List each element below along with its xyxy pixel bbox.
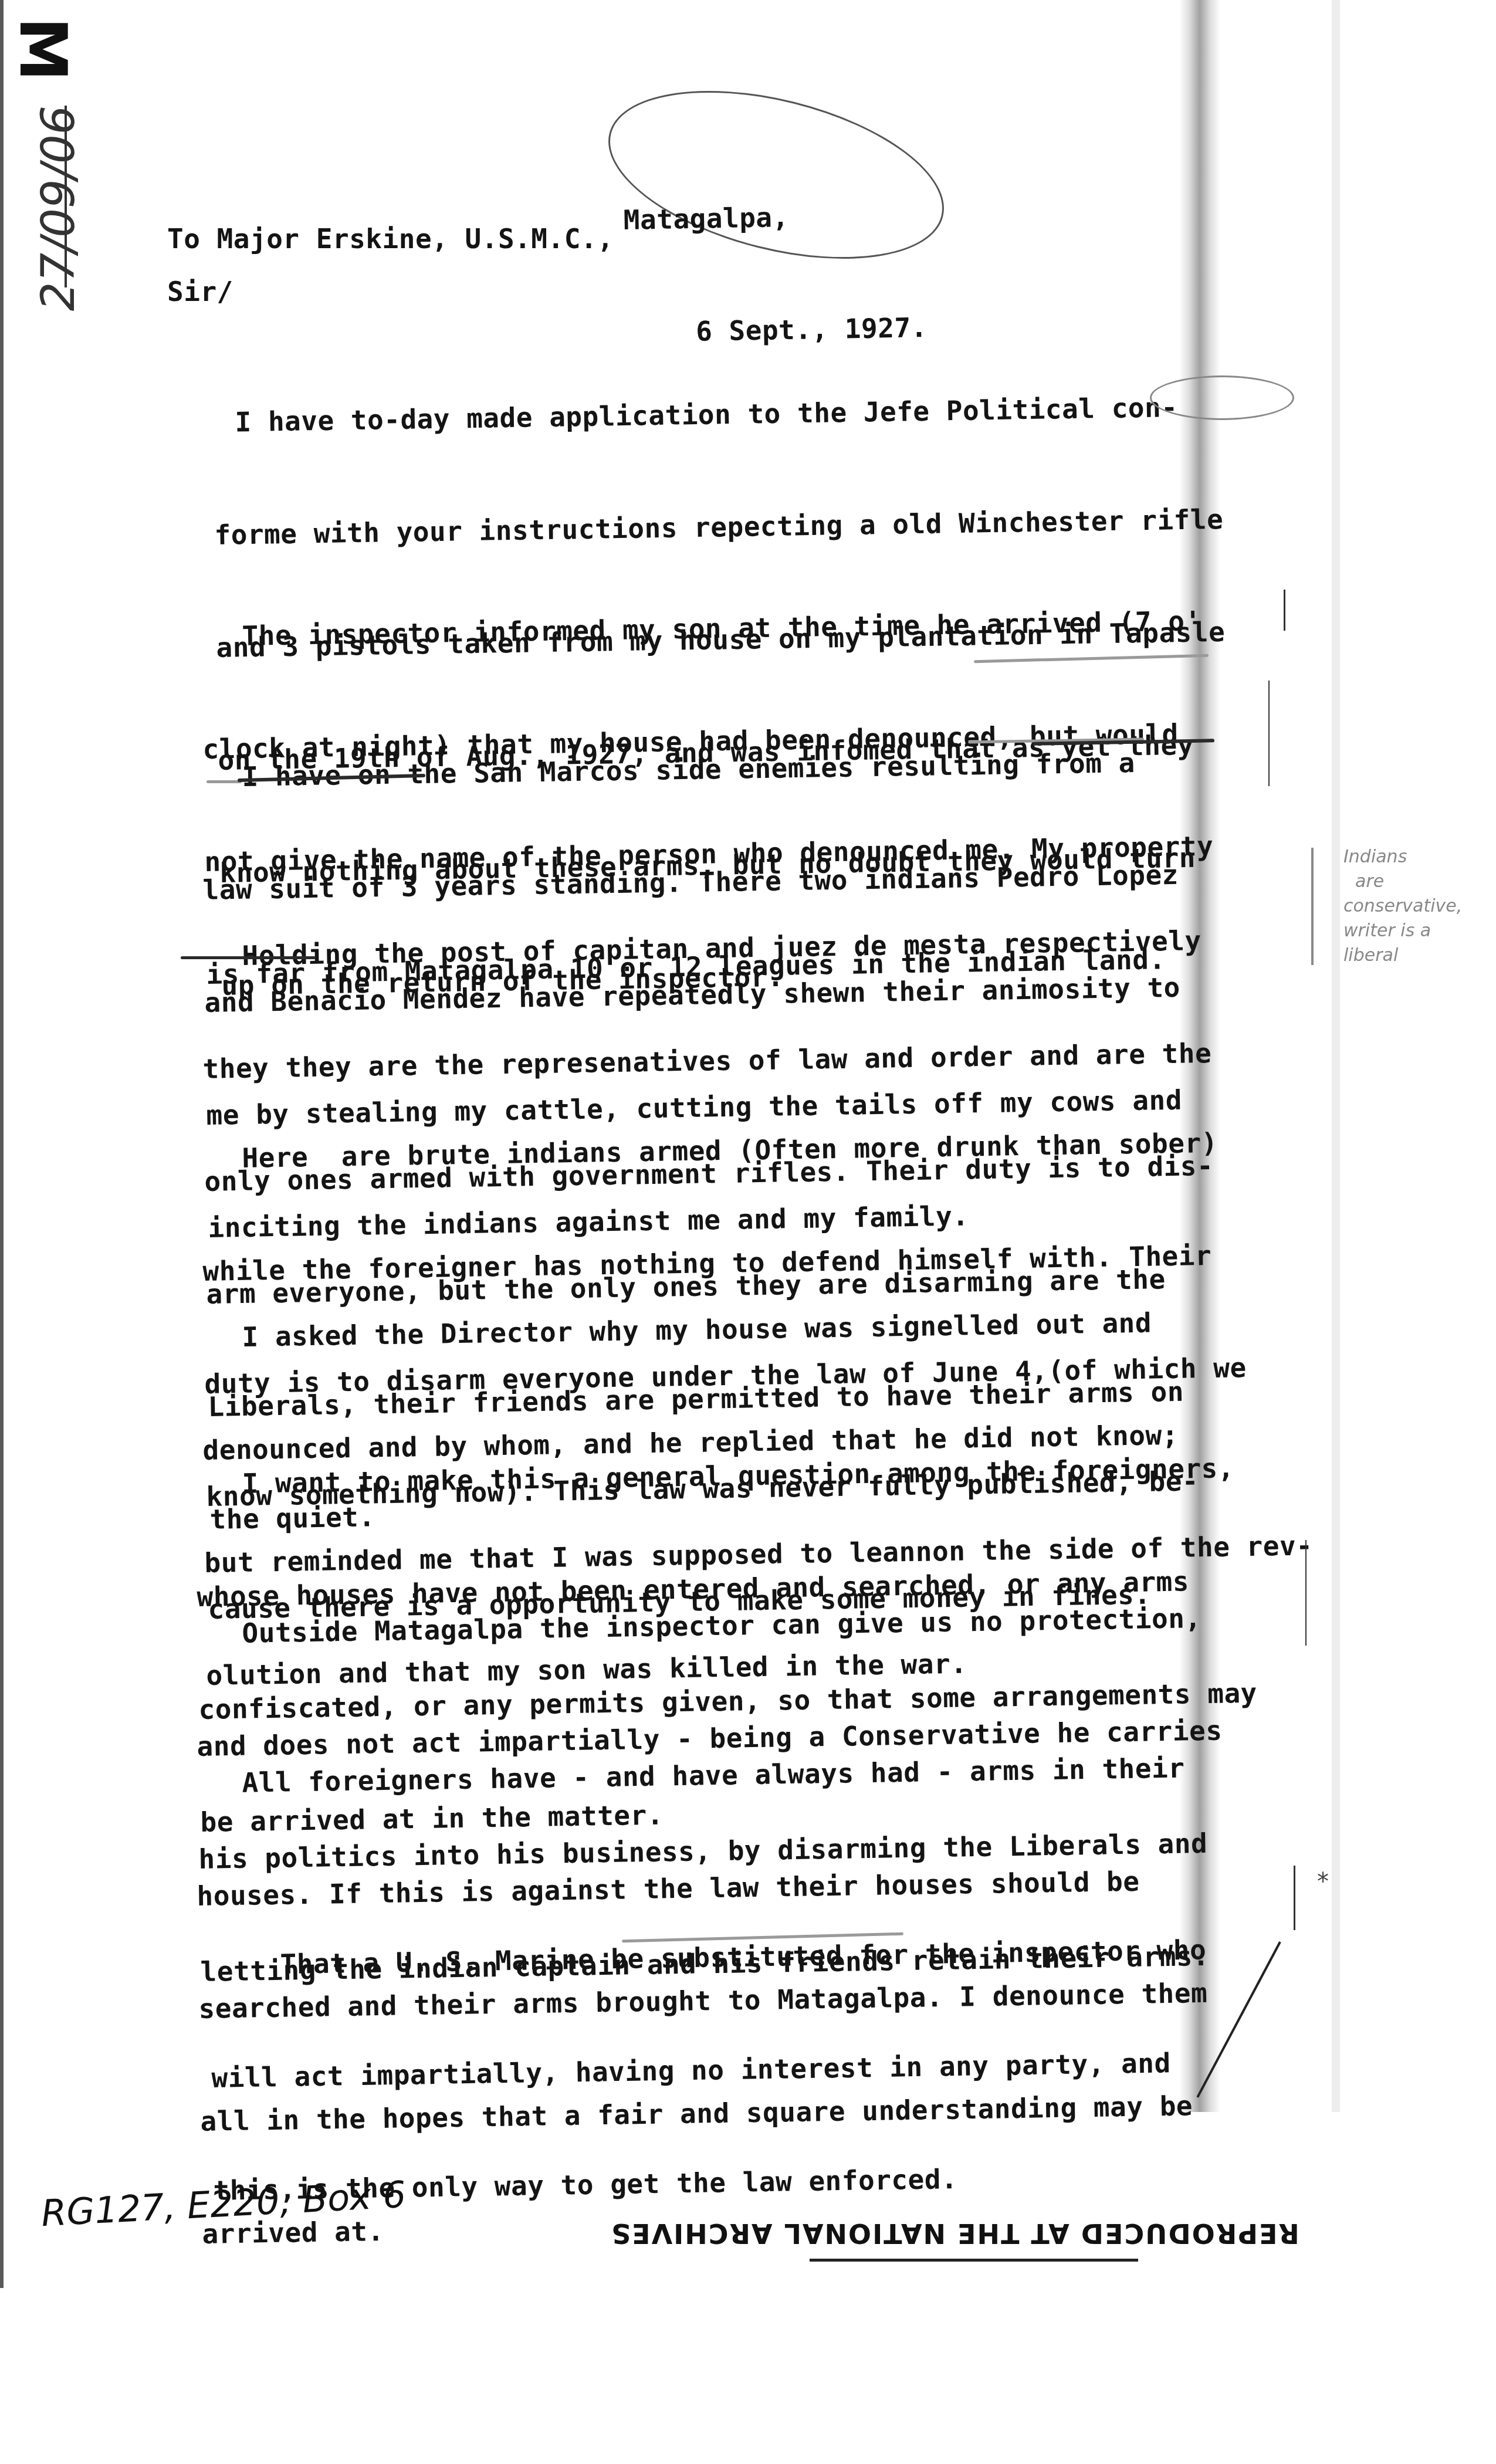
asterisk-mark: * [1317, 1869, 1329, 1896]
margin-note-line: conservative, [1343, 894, 1462, 919]
paragraph-line: I have to-day made application to the Je… [212, 388, 1222, 441]
scan-edge [0, 0, 4, 2288]
margin-date: 27/09/06 [32, 97, 85, 320]
underline-only-ones [181, 956, 316, 959]
paragraph-line: will act impartially, having no interest… [211, 2043, 1209, 2097]
paragraph-line: All foreigners have - and have always ha… [195, 1749, 1204, 1802]
handwritten-mark: M [5, 17, 80, 81]
margin-mark-paragraph-10 [1294, 1866, 1295, 1930]
paragraph-line: I have on the San Marcos side enemies re… [201, 743, 1177, 796]
header-place: Matagalpa, [623, 196, 926, 239]
margin-mark-paragraph-8 [1305, 1540, 1307, 1646]
margin-note-bracket [1311, 848, 1314, 965]
archive-stamp: REPRODUCED AT THE NATIONAL ARCHIVES [610, 2218, 1299, 2249]
margin-mark-paragraph-3 [1268, 681, 1270, 786]
margin-date-rule [65, 106, 67, 287]
underline-and [207, 780, 242, 783]
scan-streak-faint [1332, 0, 1340, 2112]
paragraph-line: Holding the post of capitan and juez de … [201, 922, 1210, 975]
salutation: Sir/ [167, 273, 233, 310]
margin-note-line: liberal [1343, 943, 1462, 968]
margin-note-line: Indians [1343, 845, 1462, 869]
paragraph-line: I asked the Director why my house was si… [201, 1301, 1309, 1356]
paragraph-line: Outside Matagalpa the inspector can give… [195, 1599, 1221, 1653]
margin-note-line: writer is a [1343, 919, 1462, 943]
place-circle-tapasle [1150, 375, 1294, 420]
document-page: M 27/09/06 Matagalpa, 6 Sept., 1927. To … [0, 0, 1496, 2464]
paragraph-line: The inspector informed my son at the tim… [201, 602, 1210, 655]
margin-mark-paragraph-2 [1284, 590, 1285, 631]
margin-note: Indians are conservative, writer is a li… [1343, 845, 1462, 968]
margin-note-line: are [1343, 869, 1462, 894]
paragraph-line: Here are brute indians armed (Often more… [201, 1123, 1243, 1177]
archive-stamp-rule [810, 2259, 1138, 2262]
addressee: To Major Erskine, U.S.M.C., [167, 220, 614, 258]
paragraph-line: I want to make this a general question a… [195, 1449, 1254, 1503]
